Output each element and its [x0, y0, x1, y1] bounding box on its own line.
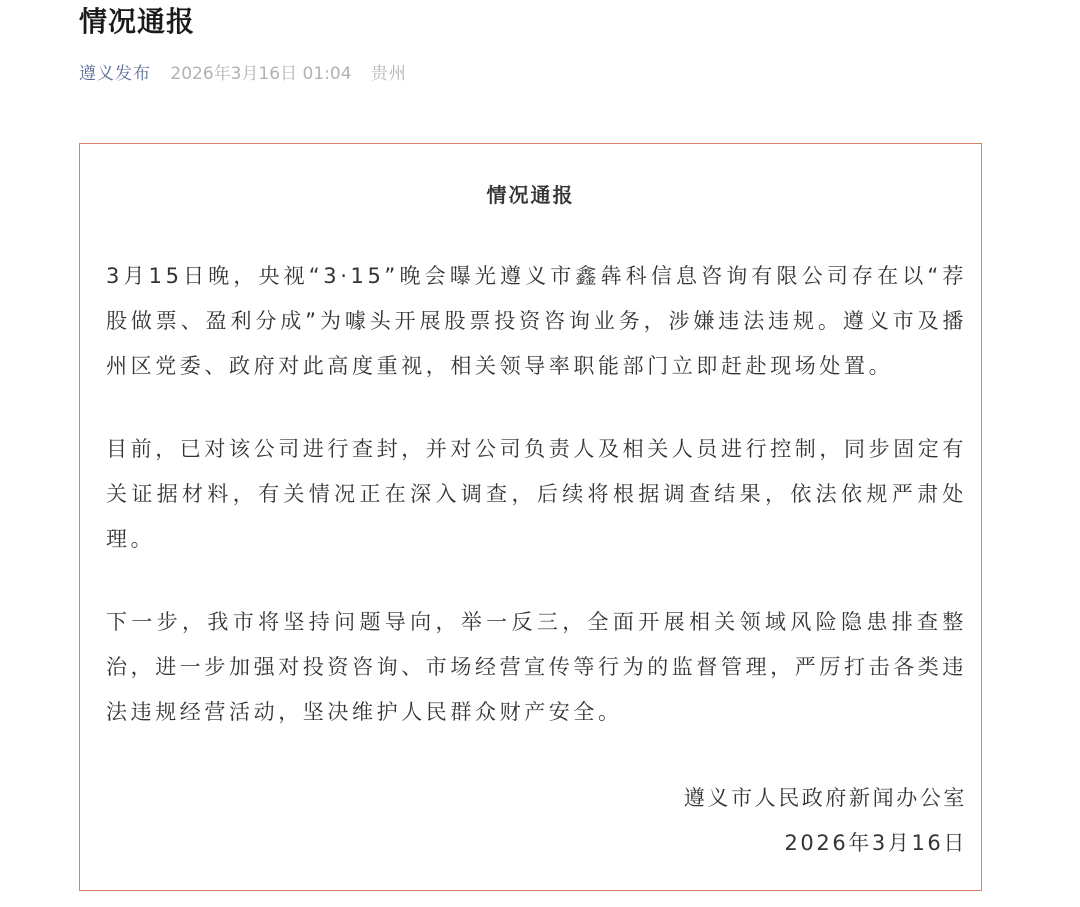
- article-title: 情况通报: [79, 2, 195, 42]
- publish-location: 贵州: [371, 64, 407, 84]
- notice-box: 情况通报 3月15日晚，央视“3·15”晚会曝光遵义市鑫犇科信息咨询有限公司存在…: [79, 143, 982, 891]
- publish-datetime: 2026年3月16日 01:04: [170, 64, 351, 84]
- notice-paragraph-1: 3月15日晚，央视“3·15”晚会曝光遵义市鑫犇科信息咨询有限公司存在以“荐股做…: [106, 254, 967, 389]
- notice-paragraph-3: 下一步，我市将坚持问题导向，举一反三，全面开展相关领域风险隐患排查整治，进一步加…: [106, 600, 967, 735]
- notice-paragraph-2: 目前，已对该公司进行查封，并对公司负责人及相关人员进行控制，同步固定有关证据材料…: [106, 427, 967, 562]
- notice-body: 3月15日晚，央视“3·15”晚会曝光遵义市鑫犇科信息咨询有限公司存在以“荐股做…: [106, 254, 967, 773]
- signature-issuer: 遵义市人民政府新闻办公室: [684, 776, 967, 821]
- article-meta: 遵义发布 2026年3月16日 01:04 贵州: [79, 61, 407, 87]
- signature-date: 2026年3月16日: [684, 821, 967, 866]
- source-account-link[interactable]: 遵义发布: [79, 64, 151, 84]
- notice-heading: 情况通报: [80, 181, 981, 209]
- notice-signature: 遵义市人民政府新闻办公室 2026年3月16日: [684, 776, 967, 866]
